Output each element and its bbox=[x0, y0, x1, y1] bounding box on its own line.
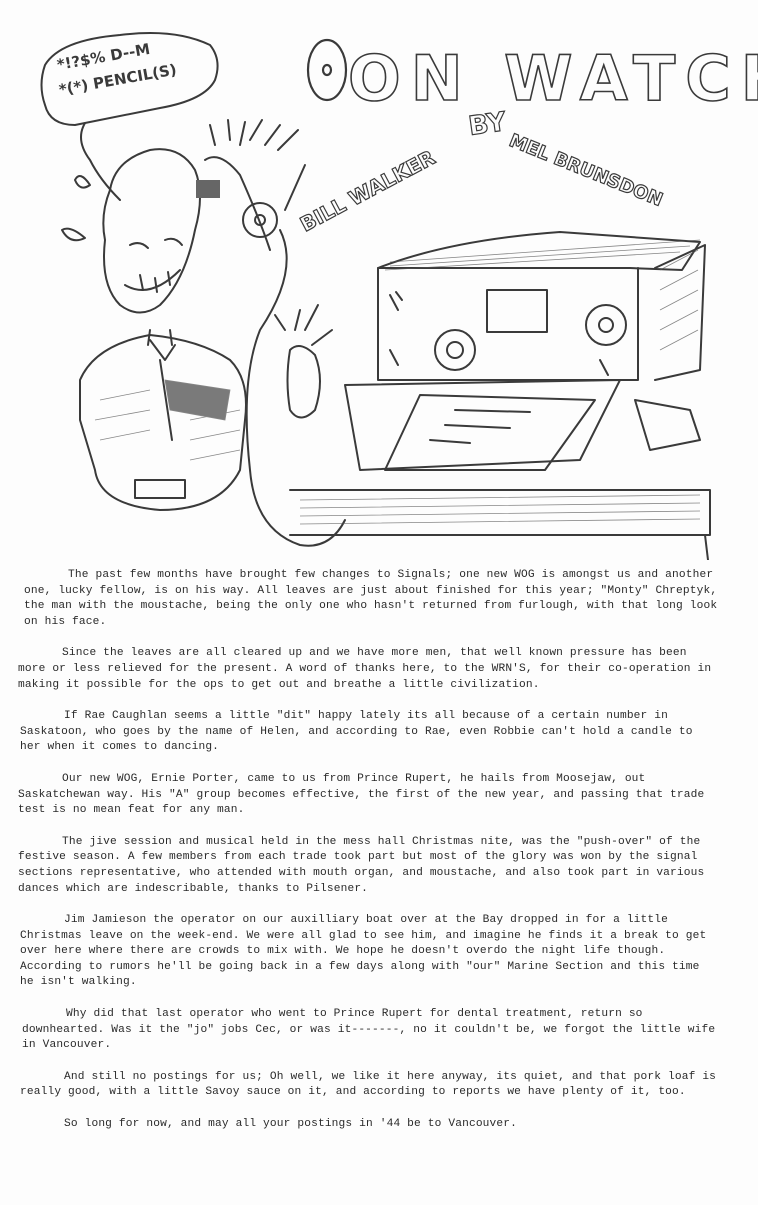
article-body: The past few months have brought few cha… bbox=[18, 568, 718, 1149]
article-paragraph: Since the leaves are all cleared up and … bbox=[18, 646, 718, 693]
header-illustration: ON WATCH BY BILL WALKER MEL BRUNSDON *!?… bbox=[0, 0, 758, 560]
title-outline bbox=[308, 40, 346, 100]
title-on-watch: ON WATCH bbox=[348, 42, 758, 115]
author-left: BILL WALKER bbox=[296, 145, 439, 236]
article-paragraph: The past few months have brought few cha… bbox=[24, 568, 718, 630]
article-paragraph: Why did that last operator who went to P… bbox=[22, 1007, 718, 1054]
article-paragraph: Our new WOG, Ernie Porter, came to us fr… bbox=[18, 772, 718, 819]
newsletter-page: ON WATCH BY BILL WALKER MEL BRUNSDON *!?… bbox=[0, 0, 758, 1205]
article-paragraph: The jive session and musical held in the… bbox=[18, 835, 718, 897]
article-paragraph: Jim Jamieson the operator on our auxilli… bbox=[20, 913, 718, 991]
article-paragraph: And still no postings for us; Oh well, w… bbox=[20, 1070, 718, 1101]
author-right: MEL BRUNSDON bbox=[506, 130, 665, 211]
radio-set-icon bbox=[290, 232, 710, 560]
title-by: BY bbox=[467, 107, 509, 142]
article-closing: So long for now, and may all your postin… bbox=[20, 1117, 718, 1133]
article-paragraph: If Rae Caughlan seems a little "dit" hap… bbox=[20, 709, 718, 756]
